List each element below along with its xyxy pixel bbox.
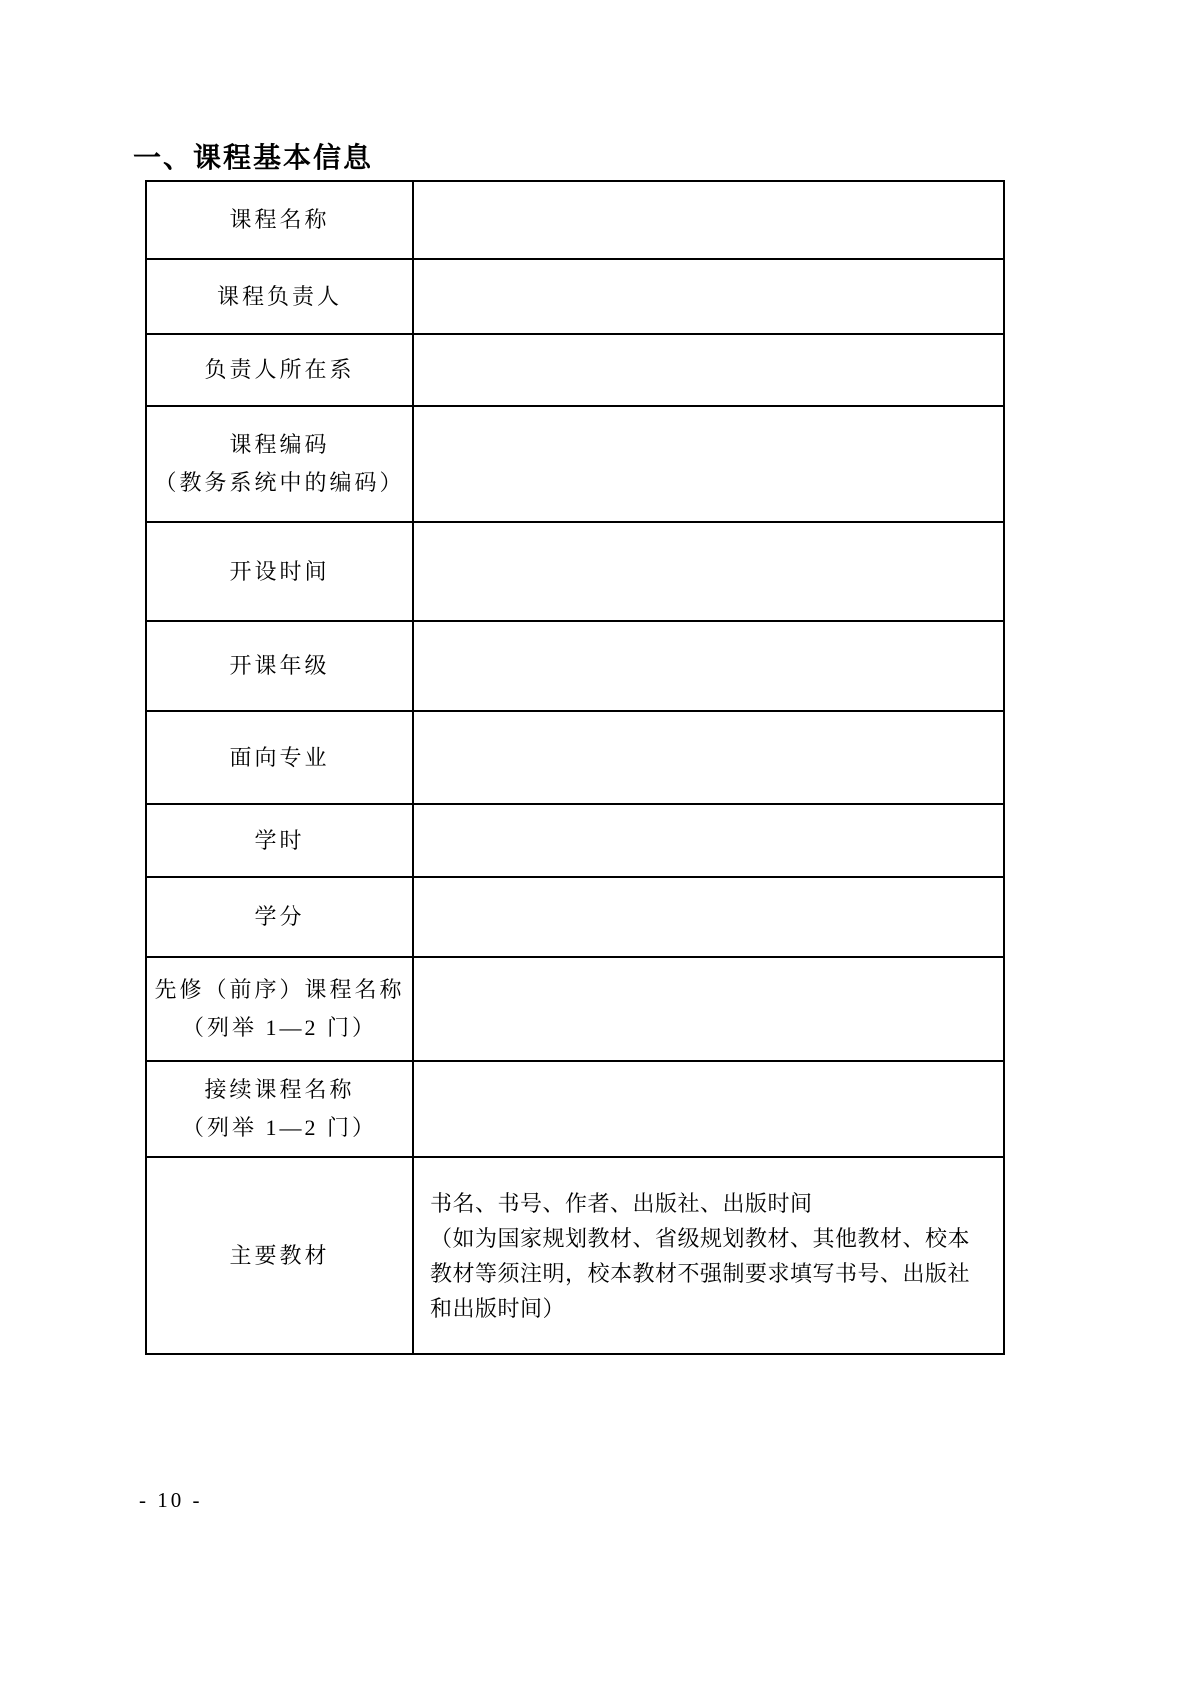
row-value-empty-field[interactable]	[413, 711, 1004, 804]
table-row: 学分	[146, 877, 1004, 957]
row-label-line: 先修（前序）课程名称	[151, 971, 408, 1009]
row-label-line: 开设时间	[151, 553, 408, 591]
table-row: 先修（前序）课程名称（列举 1—2 门）	[146, 957, 1004, 1061]
row-label-line: 课程名称	[151, 201, 408, 239]
row-label-line: （列举 1—2 门）	[151, 1009, 408, 1047]
row-label: 先修（前序）课程名称（列举 1—2 门）	[146, 957, 413, 1061]
table-row: 学时	[146, 804, 1004, 877]
table-row: 接续课程名称（列举 1—2 门）	[146, 1061, 1004, 1157]
course-basic-info-table-body: 课程名称课程负责人负责人所在系课程编码（教务系统中的编码）开设时间开课年级面向专…	[146, 181, 1004, 1354]
row-value-empty-field[interactable]	[413, 259, 1004, 334]
row-label-line: 课程编码	[151, 426, 408, 464]
row-value-empty-field[interactable]	[413, 877, 1004, 957]
row-label-line: 接续课程名称	[151, 1071, 408, 1109]
page-number: - 10 -	[139, 1488, 203, 1513]
row-value-empty-field[interactable]	[413, 621, 1004, 711]
row-value-text: 书名、书号、作者、出版社、出版时间（如为国家规划教材、省级规划教材、其他教材、校…	[413, 1157, 1004, 1354]
row-value-empty-field[interactable]	[413, 522, 1004, 621]
row-label: 课程名称	[146, 181, 413, 259]
row-label-line: 主要教材	[151, 1237, 408, 1275]
row-label: 课程负责人	[146, 259, 413, 334]
row-label: 负责人所在系	[146, 334, 413, 406]
row-value-empty-field[interactable]	[413, 804, 1004, 877]
row-label: 学时	[146, 804, 413, 877]
row-label-line: 学时	[151, 822, 408, 860]
row-label-line: 学分	[151, 898, 408, 936]
table-row: 面向专业	[146, 711, 1004, 804]
row-label-line: 课程负责人	[151, 278, 408, 316]
table-row: 开课年级	[146, 621, 1004, 711]
row-value-empty-field[interactable]	[413, 406, 1004, 522]
course-basic-info-table: 课程名称课程负责人负责人所在系课程编码（教务系统中的编码）开设时间开课年级面向专…	[145, 180, 1005, 1355]
row-value-empty-field[interactable]	[413, 957, 1004, 1061]
document-page: 一、课程基本信息 课程名称课程负责人负责人所在系课程编码（教务系统中的编码）开设…	[0, 0, 1190, 1683]
row-label: 接续课程名称（列举 1—2 门）	[146, 1061, 413, 1157]
table-row: 课程名称	[146, 181, 1004, 259]
table-row: 课程编码（教务系统中的编码）	[146, 406, 1004, 522]
row-value-empty-field[interactable]	[413, 334, 1004, 406]
row-label: 课程编码（教务系统中的编码）	[146, 406, 413, 522]
row-label: 开设时间	[146, 522, 413, 621]
row-label-line: （教务系统中的编码）	[151, 464, 408, 502]
table-row: 课程负责人	[146, 259, 1004, 334]
row-label: 面向专业	[146, 711, 413, 804]
table-row: 负责人所在系	[146, 334, 1004, 406]
row-value-empty-field[interactable]	[413, 181, 1004, 259]
value-text-line: 书名、书号、作者、出版社、出版时间	[430, 1186, 977, 1221]
row-label: 学分	[146, 877, 413, 957]
value-text-line: （如为国家规划教材、省级规划教材、其他教材、校本教材等须注明，校本教材不强制要求…	[430, 1221, 977, 1326]
row-label: 开课年级	[146, 621, 413, 711]
row-label: 主要教材	[146, 1157, 413, 1354]
table-row: 主要教材书名、书号、作者、出版社、出版时间（如为国家规划教材、省级规划教材、其他…	[146, 1157, 1004, 1354]
row-label-line: 开课年级	[151, 647, 408, 685]
table-row: 开设时间	[146, 522, 1004, 621]
row-label-line: （列举 1—2 门）	[151, 1109, 408, 1147]
row-label-line: 面向专业	[151, 739, 408, 777]
row-value-empty-field[interactable]	[413, 1061, 1004, 1157]
row-label-line: 负责人所在系	[151, 351, 408, 389]
section-title: 一、课程基本信息	[133, 136, 373, 176]
